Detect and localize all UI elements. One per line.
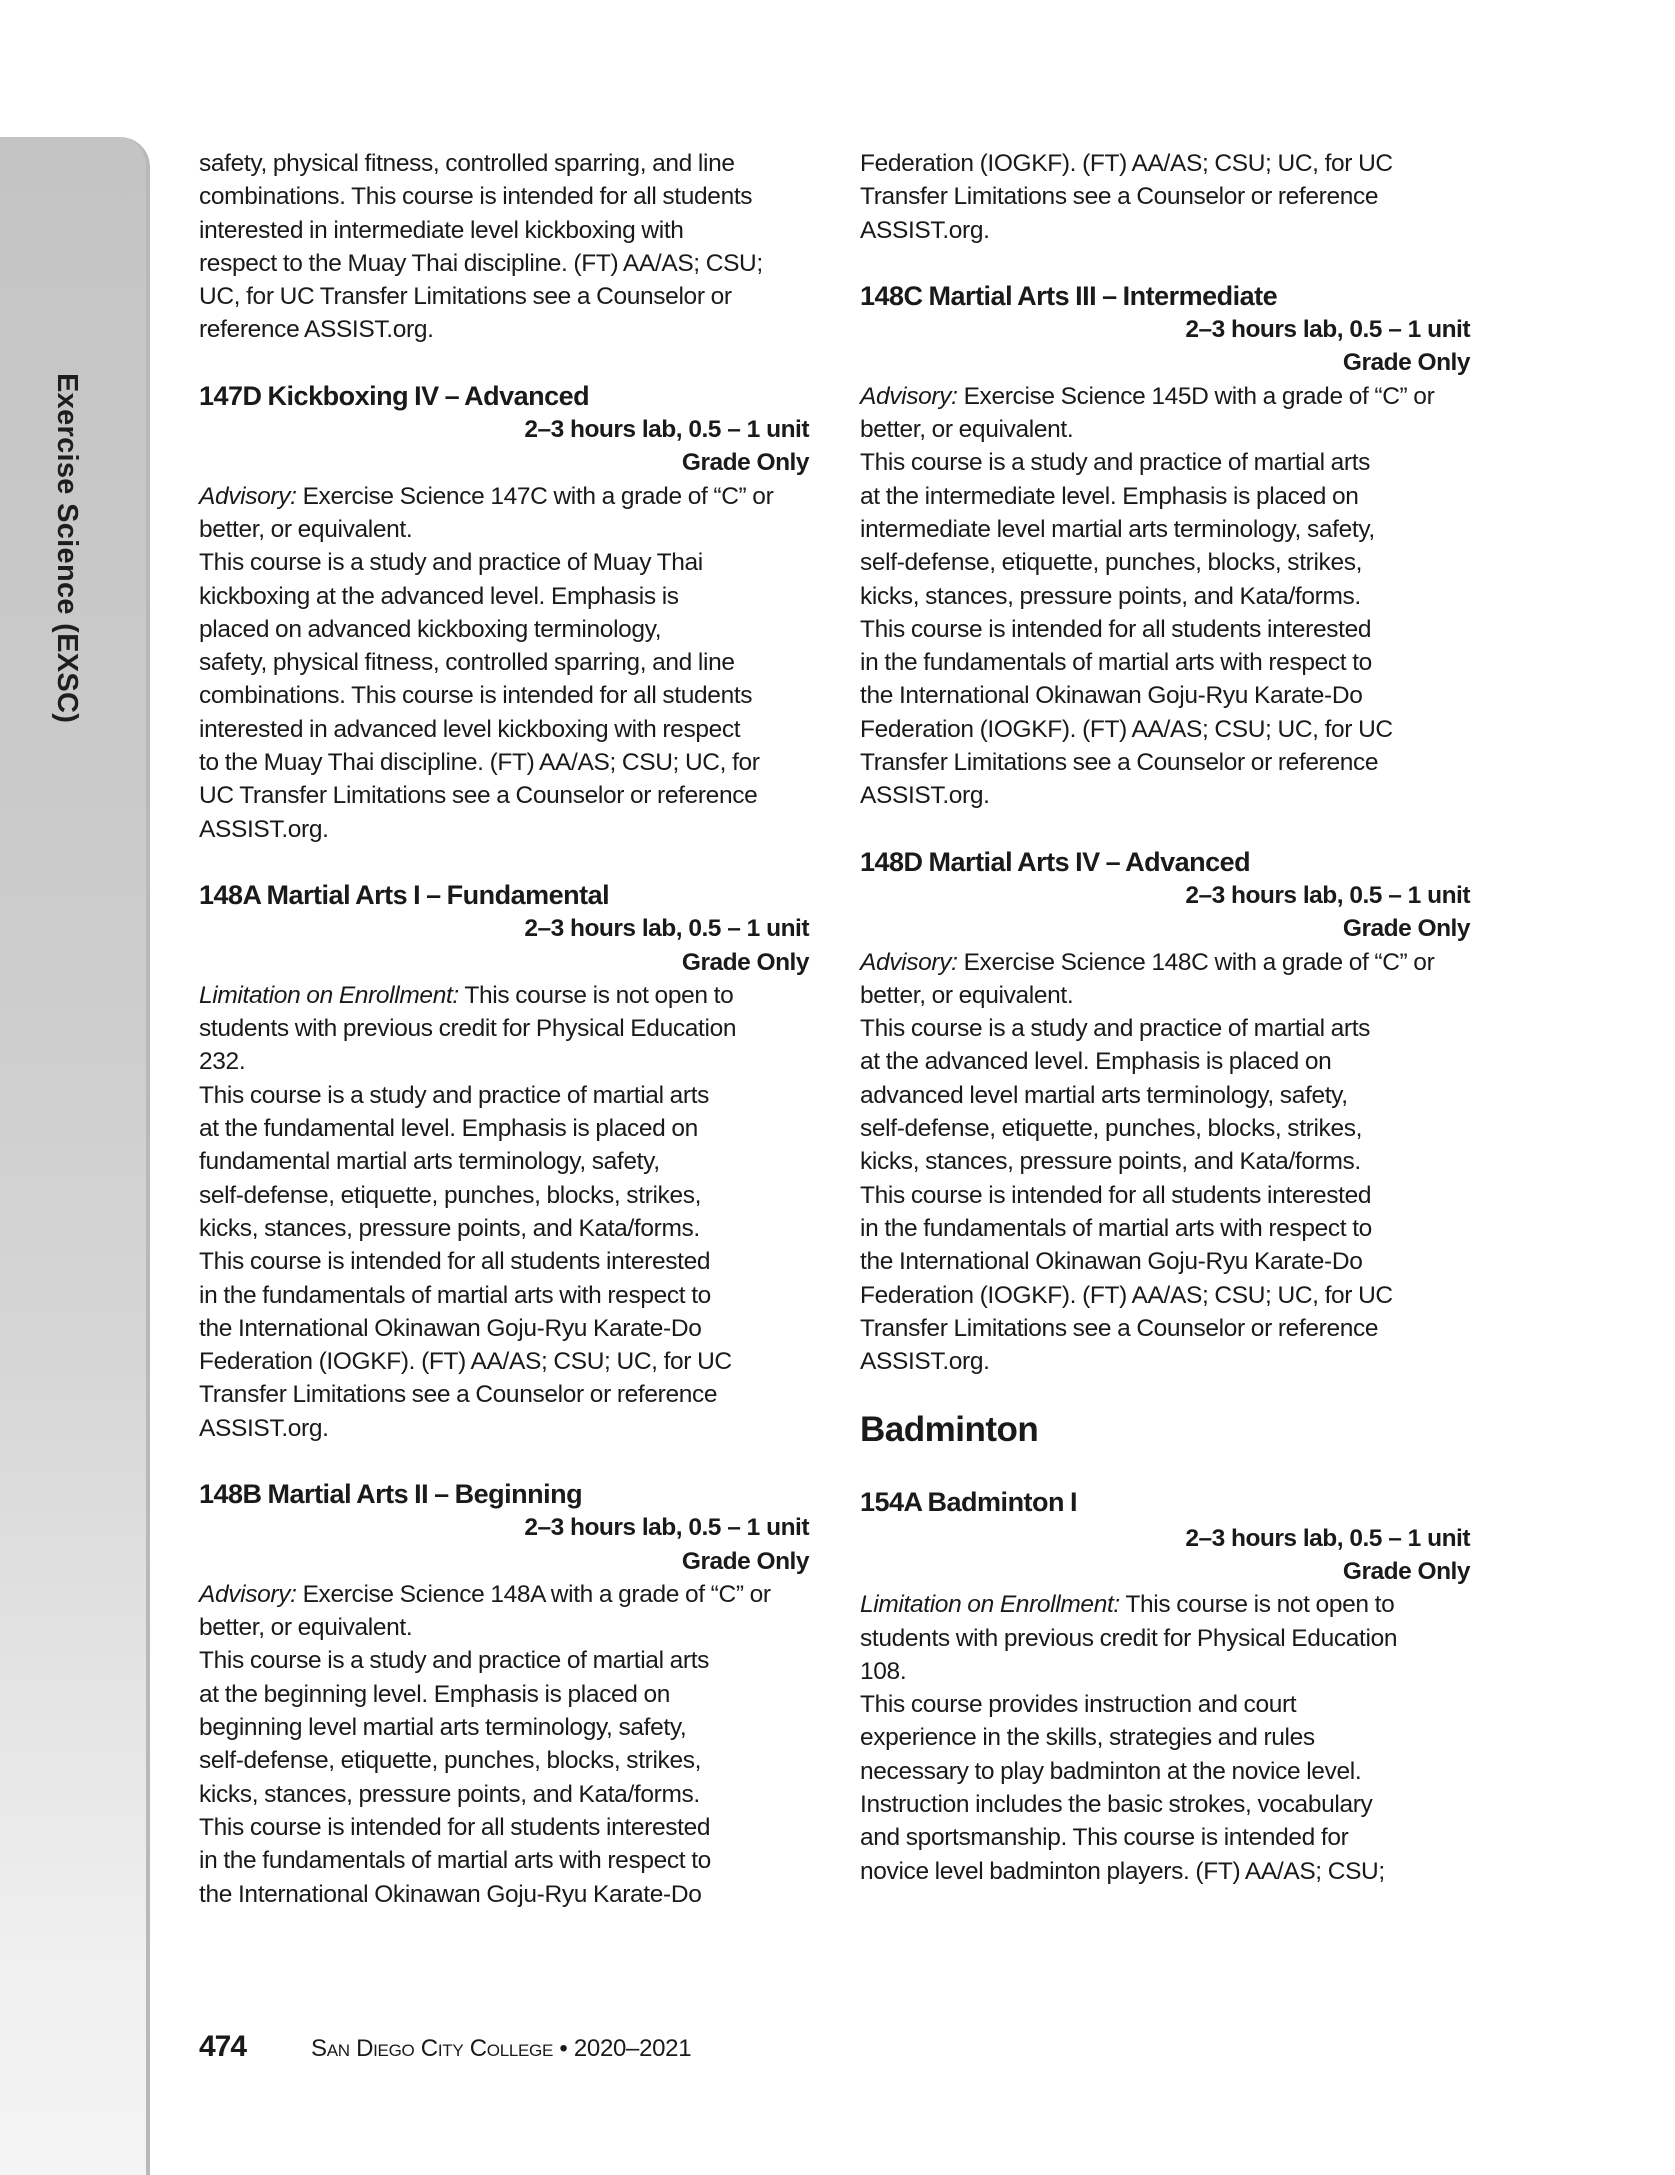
course-description: This course is a study and practice of m… — [860, 446, 1470, 812]
course-grading: Grade Only — [199, 1545, 809, 1578]
continued-description: safety, physical fitness, controlled spa… — [199, 147, 809, 347]
course-grading: Grade Only — [860, 1555, 1470, 1588]
course-grading: Grade Only — [199, 946, 809, 979]
course-entry-148a: 148A Martial Arts I – Fundamental 2–3 ho… — [199, 879, 809, 1445]
page-footer: 474 San Diego City College • 2020–2021 — [199, 2030, 691, 2064]
course-grading: Grade Only — [860, 912, 1470, 945]
side-tab-label: Exercise Science (EXSC) — [50, 373, 83, 723]
course-entry-148b: 148B Martial Arts II – Beginning 2–3 hou… — [199, 1478, 809, 1911]
course-requisite: Advisory: Exercise Science 148C with a g… — [860, 946, 1470, 1013]
course-description: This course provides instruction and cou… — [860, 1688, 1470, 1888]
course-requisite: Limitation on Enrollment: This course is… — [199, 979, 809, 1079]
course-requisite: Advisory: Exercise Science 148A with a g… — [199, 1578, 809, 1645]
requisite-label: Advisory: — [860, 949, 958, 976]
course-grading: Grade Only — [199, 446, 809, 479]
publication-info: San Diego City College • 2020–2021 — [311, 2035, 691, 2063]
course-hours: 2–3 hours lab, 0.5 – 1 unit — [860, 313, 1470, 346]
course-grading: Grade Only — [860, 346, 1470, 379]
course-title: 154A Badminton I — [860, 1486, 1470, 1519]
course-requisite: Limitation on Enrollment: This course is… — [860, 1588, 1470, 1688]
course-entry-147d: 147D Kickboxing IV – Advanced 2–3 hours … — [199, 380, 809, 846]
requisite-label: Advisory: — [860, 383, 958, 410]
course-title: 148D Martial Arts IV – Advanced — [860, 846, 1470, 879]
course-requisite: Advisory: Exercise Science 147C with a g… — [199, 480, 809, 547]
course-hours: 2–3 hours lab, 0.5 – 1 unit — [860, 879, 1470, 912]
right-column: Federation (IOGKF). (FT) AA/AS; CSU; UC,… — [860, 147, 1470, 1888]
section-side-tab: Exercise Science (EXSC) — [0, 137, 150, 2175]
course-hours: 2–3 hours lab, 0.5 – 1 unit — [199, 1511, 809, 1544]
course-description: This course is a study and practice of m… — [199, 1079, 809, 1445]
course-title: 147D Kickboxing IV – Advanced — [199, 380, 809, 413]
requisite-label: Advisory: — [199, 1581, 297, 1608]
course-description: This course is a study and practice of m… — [860, 1012, 1470, 1378]
course-requisite: Advisory: Exercise Science 145D with a g… — [860, 380, 1470, 447]
course-title: 148A Martial Arts I – Fundamental — [199, 879, 809, 912]
course-title: 148B Martial Arts II – Beginning — [199, 1478, 809, 1511]
course-entry-148d: 148D Martial Arts IV – Advanced 2–3 hour… — [860, 846, 1470, 1379]
left-column: safety, physical fitness, controlled spa… — [199, 147, 809, 1911]
page-number: 474 — [199, 2030, 311, 2064]
course-entry-148c: 148C Martial Arts III – Intermediate 2–3… — [860, 280, 1470, 813]
continued-description: Federation (IOGKF). (FT) AA/AS; CSU; UC,… — [860, 147, 1470, 247]
course-hours: 2–3 hours lab, 0.5 – 1 unit — [199, 413, 809, 446]
requisite-label: Advisory: — [199, 483, 297, 510]
requisite-label: Limitation on Enrollment: — [860, 1591, 1120, 1618]
course-entry-154a: 154A Badminton I 2–3 hours lab, 0.5 – 1 … — [860, 1486, 1470, 1888]
course-description: This course is a study and practice of m… — [199, 1644, 809, 1910]
section-heading-badminton: Badminton — [860, 1408, 1470, 1452]
course-hours: 2–3 hours lab, 0.5 – 1 unit — [860, 1522, 1470, 1555]
requisite-label: Limitation on Enrollment: — [199, 982, 459, 1009]
course-title: 148C Martial Arts III – Intermediate — [860, 280, 1470, 313]
course-hours: 2–3 hours lab, 0.5 – 1 unit — [199, 912, 809, 945]
course-description: This course is a study and practice of M… — [199, 546, 809, 846]
